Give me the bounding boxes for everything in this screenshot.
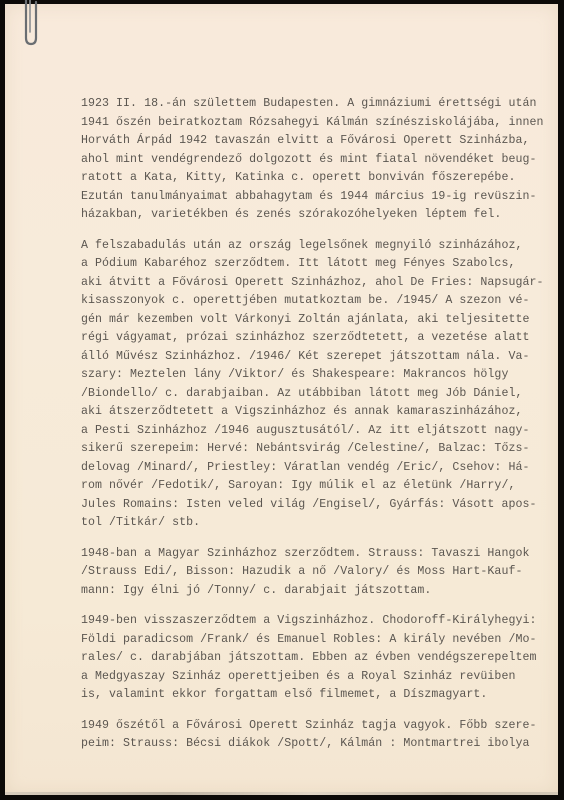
text-line: 1923 II. 18.-án születtem Budapesten. A …	[81, 95, 541, 114]
text-line: szary: Meztelen lány /Viktor/ és Shakesp…	[81, 366, 541, 385]
text-line: a Medgyaszay Szinház operettjeiben és a …	[81, 668, 541, 687]
paragraph-5: 1949 őszétől a Fővárosi Operett Szinház …	[81, 717, 541, 754]
text-line: aki átvitt a Fővárosi Operett Szinházhoz…	[81, 274, 541, 293]
text-line: /Strauss Edi/, Bisson: Hazudik a nő /Val…	[81, 563, 541, 582]
text-line: a Pesti Szinházhoz /1946 augusztusától/.…	[81, 422, 541, 441]
paragraph-4: 1949-ben visszaszerződtem a Vigszinházho…	[81, 612, 541, 705]
text-line: 1948-ban a Magyar Szinházhoz szerződtem.…	[81, 545, 541, 564]
text-line: ratott a Kata, Kitty, Katinka c. operett…	[81, 169, 541, 188]
text-line: a Pódium Kabaréhoz szerződtem. Itt látot…	[81, 255, 541, 274]
text-line: házakban, varietékben és zenés szórakozó…	[81, 206, 541, 225]
text-line: Horváth Árpád 1942 tavaszán elvitt a Főv…	[81, 132, 541, 151]
text-line: rales/ c. darabjában játszottam. Ebben a…	[81, 649, 541, 668]
text-line: álló Művész Szinházhoz. /1946/ Két szere…	[81, 348, 541, 367]
text-line: Földi paradicsom /Frank/ és Emanuel Robl…	[81, 631, 541, 650]
text-line: régi vágyamat, prózai szinházhoz szerződ…	[81, 329, 541, 348]
text-line: is, valamint ekkor forgattam első filmem…	[81, 686, 541, 705]
paragraph-1: 1923 II. 18.-án születtem Budapesten. A …	[81, 95, 541, 225]
paragraph-3: 1948-ban a Magyar Szinházhoz szerződtem.…	[81, 545, 541, 601]
paragraph-2: A felszabadulás után az ország legelsőne…	[81, 237, 541, 533]
text-line: A felszabadulás után az ország legelsőne…	[81, 237, 541, 256]
text-line: peim: Strauss: Bécsi diákok /Spott/, Kál…	[81, 735, 541, 754]
text-line: mann: Igy élni jó /Tonny/ c. darabjait j…	[81, 582, 541, 601]
text-line: ahol mint vendégrendező dolgozott és min…	[81, 151, 541, 170]
text-line: tol /Titkár/ stb.	[81, 514, 541, 533]
text-line: Jules Romains: Isten veled világ /Engise…	[81, 496, 541, 515]
text-line: sikerű szerepeim: Hervé: Nebántsvirág /C…	[81, 440, 541, 459]
text-line: /Biondello/ c. darabjaiban. Az utábbiban…	[81, 385, 541, 404]
text-line: Ezután tanulmányaimat abbahagytam és 194…	[81, 188, 541, 207]
text-line: aki átszerződtetett a Vigszinházhoz és a…	[81, 403, 541, 422]
paperclip-icon	[22, 0, 38, 48]
text-line: gén már kezemben volt Várkonyi Zoltán aj…	[81, 311, 541, 330]
text-line: kisasszonyok c. operettjében mutatkoztam…	[81, 292, 541, 311]
text-line: 1941 őszén beiratkoztam Rózsahegyi Kálmá…	[81, 114, 541, 133]
document-body: 1923 II. 18.-án születtem Budapesten. A …	[81, 95, 541, 766]
text-line: 1949 őszétől a Fővárosi Operett Szinház …	[81, 717, 541, 736]
text-line: rom nővér /Fedotik/, Saroyan: Igy múlik …	[81, 477, 541, 496]
text-line: delovag /Minard/, Priestley: Váratlan ve…	[81, 459, 541, 478]
text-line: 1949-ben visszaszerződtem a Vigszinházho…	[81, 612, 541, 631]
typewritten-page: 1923 II. 18.-án születtem Budapesten. A …	[5, 4, 558, 795]
